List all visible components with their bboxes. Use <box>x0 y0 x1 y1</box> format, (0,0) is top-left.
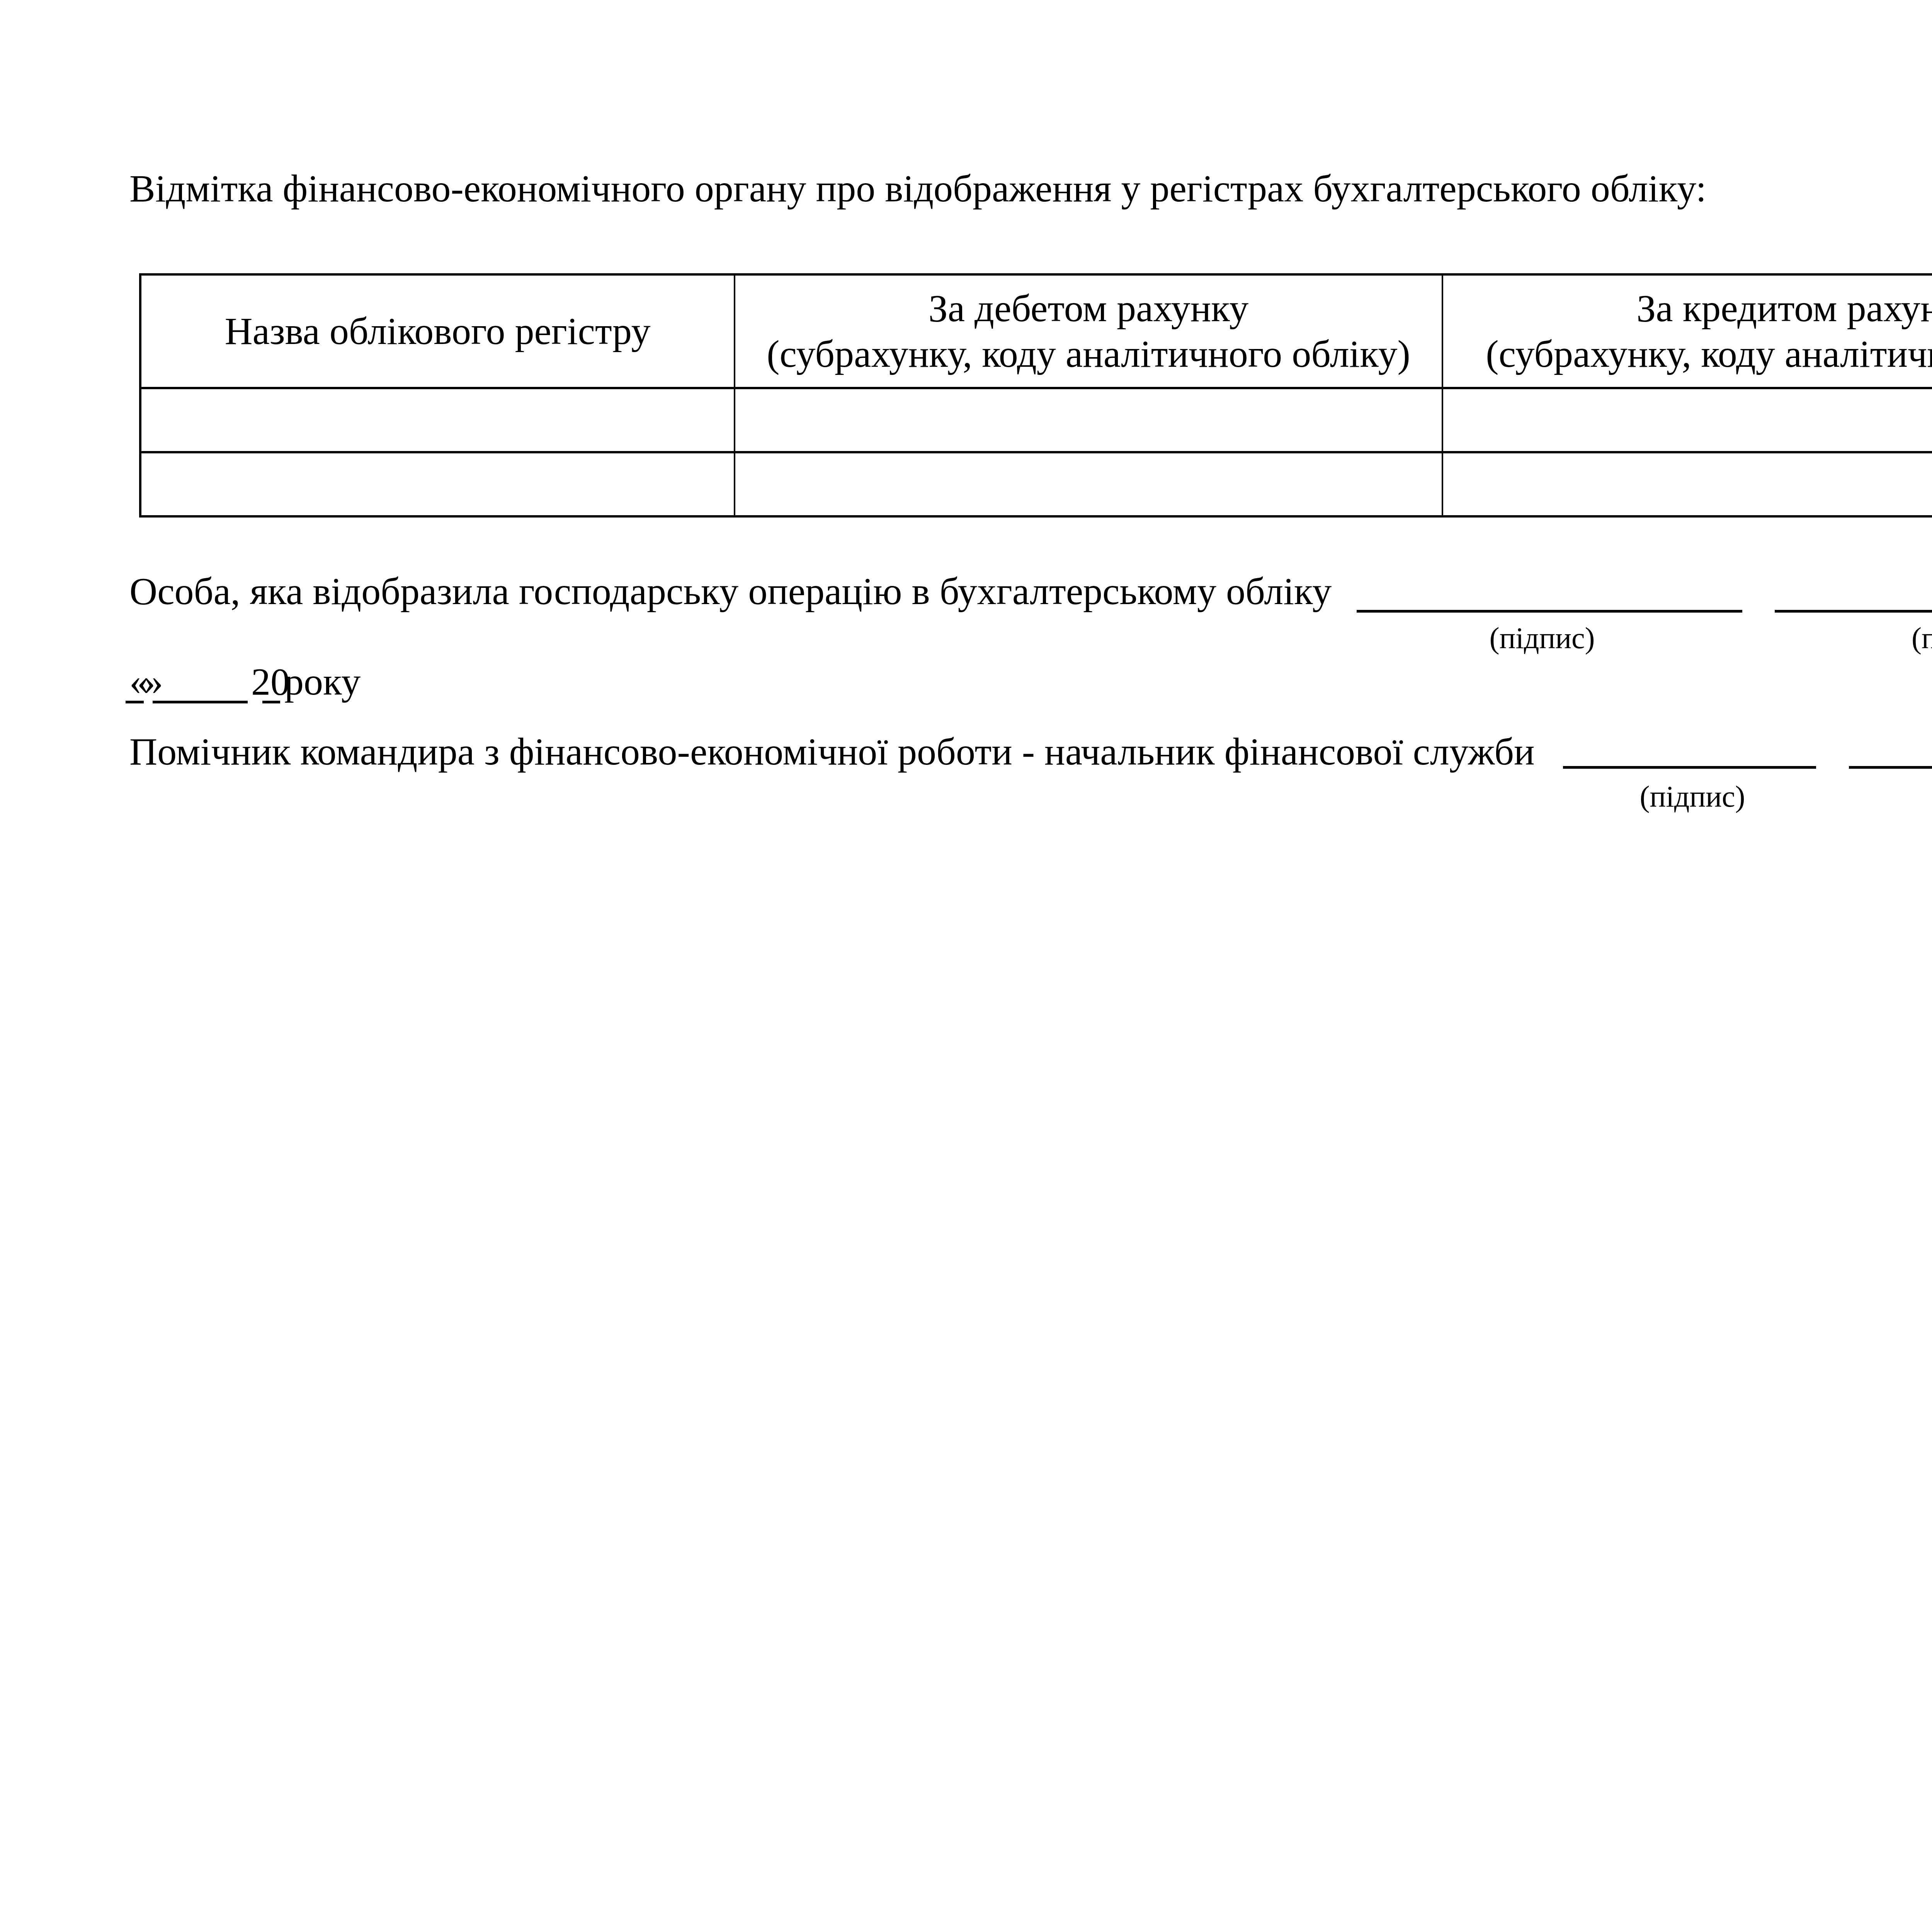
table-row <box>140 452 1932 516</box>
accounting-register-table: Назва облікового регістру За дебетом рах… <box>139 273 1932 518</box>
intro-text: Відмітка фінансово-економічного органу п… <box>129 169 1706 208</box>
date-month-field[interactable] <box>153 701 248 703</box>
cell-debit-account[interactable] <box>735 452 1442 516</box>
date-suffix: року <box>284 662 361 701</box>
cell-credit-account[interactable] <box>1442 388 1932 452</box>
assistant-signature-field[interactable] <box>1563 766 1816 769</box>
cell-register-name[interactable] <box>140 388 735 452</box>
assistant-signature-caption: (підпис) <box>1623 781 1762 812</box>
cell-register-name[interactable] <box>140 452 735 516</box>
header-debit-account: За дебетом рахунку (субрахунку, коду ана… <box>735 274 1442 388</box>
table-header-row: Назва облікового регістру За дебетом рах… <box>140 274 1932 388</box>
date-day-field[interactable] <box>126 701 144 703</box>
assistant-line-label: Помічник командира з фінансово-економічн… <box>129 732 1535 771</box>
table-row <box>140 388 1932 452</box>
person-line-label: Особа, яка відобразила господарську опер… <box>129 572 1332 611</box>
date-close-quote: » <box>144 662 163 701</box>
date-century: 20 <box>251 662 290 701</box>
header-credit-account: За кредитом рахунку (субрахунку, коду ан… <box>1442 274 1932 388</box>
assistant-name-field[interactable] <box>1849 766 1932 769</box>
person-name-caption: (посада, власне ім’я та прізвище) <box>1870 623 1932 653</box>
person-signature-field[interactable] <box>1357 610 1742 613</box>
person-name-field[interactable] <box>1775 610 1932 613</box>
header-register-name: Назва облікового регістру <box>140 274 735 388</box>
person-signature-caption: (підпис) <box>1473 623 1612 653</box>
cell-credit-account[interactable] <box>1442 452 1932 516</box>
date-year-field[interactable] <box>262 701 280 703</box>
cell-debit-account[interactable] <box>735 388 1442 452</box>
